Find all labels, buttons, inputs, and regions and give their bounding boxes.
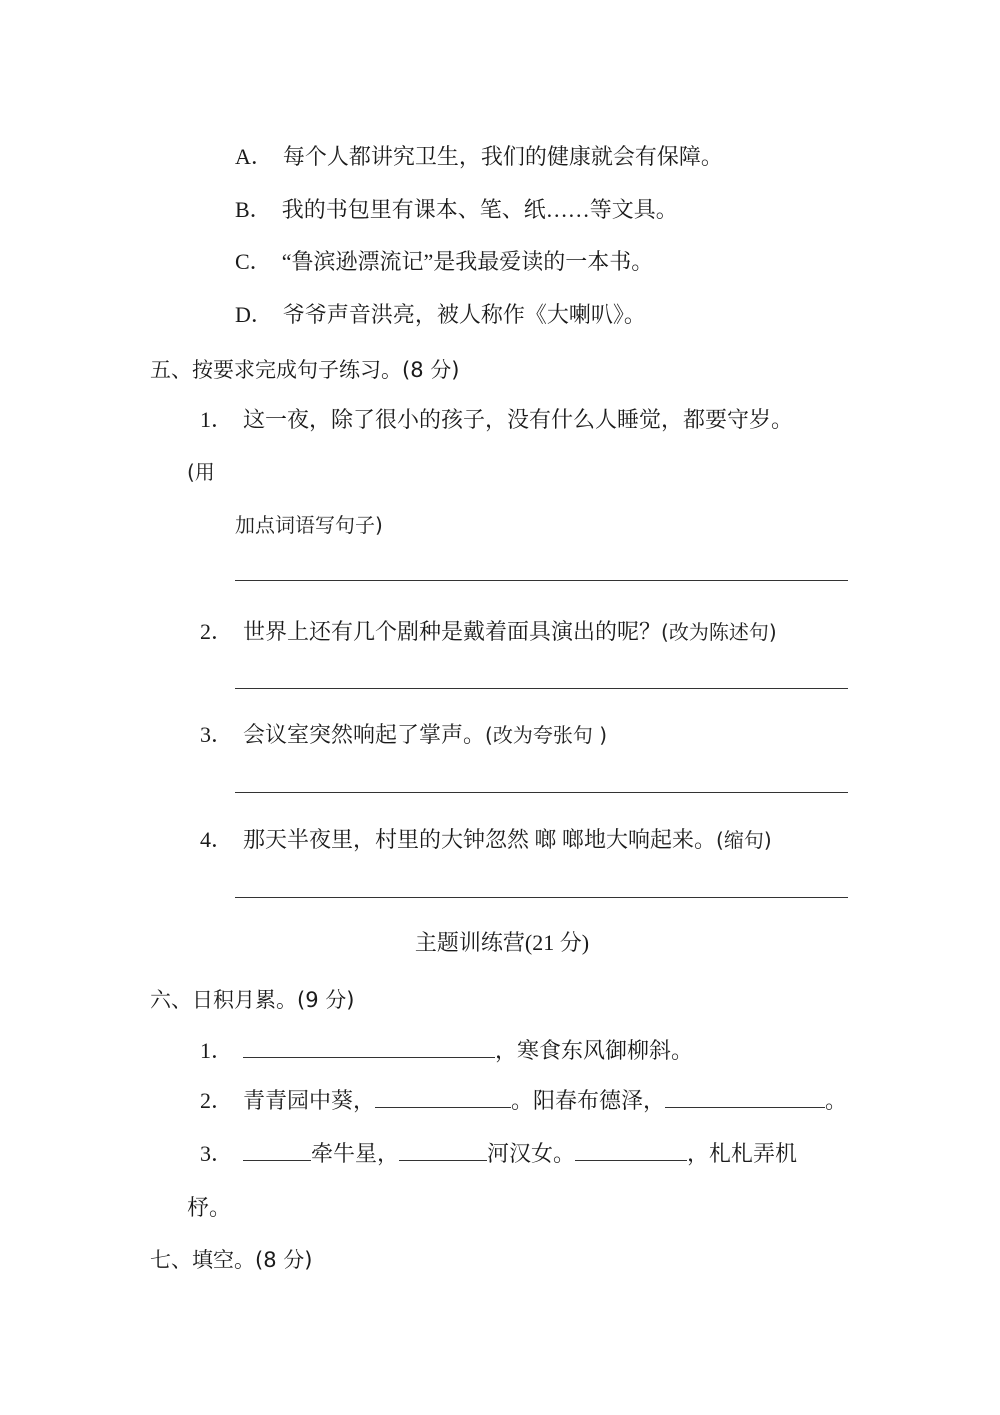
- answer-line-3[interactable]: [235, 792, 848, 793]
- item-number: 1．: [200, 405, 233, 435]
- option-c: C．“鲁滨逊漂流记”是我最爱读的一本书。: [235, 247, 653, 277]
- option-d: D．爷爷声音洪亮，被人称作《大喇叭》。: [235, 300, 646, 330]
- item-text: 青青园中葵，: [243, 1088, 375, 1113]
- option-text: “鲁滨逊漂流记”是我最爱读的一本书。: [282, 249, 654, 274]
- item-text: 这一夜，除了很小的孩子，没有什么人睡觉，都要守岁。: [243, 407, 793, 432]
- answer-line-1[interactable]: [235, 580, 848, 581]
- item-text: 。阳春布德泽，: [511, 1088, 665, 1113]
- option-label: D．: [235, 300, 273, 330]
- item-hint: (改为夸张句 ): [485, 723, 607, 747]
- item-number: 3．: [200, 1139, 233, 1169]
- option-label: C．: [235, 247, 272, 277]
- option-text: 我的书包里有课本、笔、纸……等文具。: [282, 197, 678, 222]
- fill-blank[interactable]: [399, 1138, 487, 1161]
- item-number: 2．: [200, 617, 233, 647]
- item-number: 2．: [200, 1086, 233, 1116]
- option-label: A．: [235, 142, 273, 172]
- item-number: 3．: [200, 720, 233, 750]
- fill-blank[interactable]: [575, 1138, 687, 1161]
- s5-item1-hint-part2: 加点词语写句子): [235, 510, 383, 540]
- item-number: 1．: [200, 1036, 233, 1066]
- theme-camp-title: 主题训练营(21 分): [0, 928, 1000, 958]
- item-text: 河汉女。: [487, 1141, 575, 1166]
- fill-blank[interactable]: [243, 1035, 495, 1058]
- item-hint: (改为陈述句): [661, 620, 777, 644]
- item-number: 4．: [200, 825, 233, 855]
- item-text: 。: [825, 1088, 847, 1113]
- s6-item3-continuation: 杼。: [187, 1193, 231, 1223]
- s5-item4: 4．那天半夜里，村里的大钟忽然 啷 啷地大响起来。(缩句): [200, 825, 772, 855]
- item-text: ，寒食东风御柳斜。: [495, 1038, 693, 1063]
- s5-item1-hint-part1: (用: [187, 457, 215, 487]
- option-a: A．每个人都讲究卫生，我们的健康就会有保障。: [235, 142, 723, 172]
- s5-item3: 3．会议室突然响起了掌声。(改为夸张句 ): [200, 720, 607, 750]
- item-text: 世界上还有几个剧种是戴着面具演出的呢？: [243, 619, 661, 644]
- section6-title: 六、日积月累。(9 分): [150, 985, 354, 1015]
- item-hint: (缩句): [716, 828, 772, 852]
- item-text: 牵牛星，: [311, 1141, 399, 1166]
- option-text: 每个人都讲究卫生，我们的健康就会有保障。: [283, 144, 723, 169]
- fill-blank[interactable]: [243, 1138, 311, 1161]
- item-text: 那天半夜里，村里的大钟忽然 啷 啷地大响起来。: [243, 827, 716, 852]
- item-text: 会议室突然响起了掌声。: [243, 722, 485, 747]
- s6-item1: 1．，寒食东风御柳斜。: [200, 1035, 693, 1066]
- s5-item2: 2．世界上还有几个剧种是戴着面具演出的呢？(改为陈述句): [200, 617, 777, 647]
- option-text: 爷爷声音洪亮，被人称作《大喇叭》。: [283, 302, 646, 327]
- fill-blank[interactable]: [375, 1085, 511, 1108]
- answer-line-4[interactable]: [235, 897, 848, 898]
- s6-item3: 3．牵牛星，河汉女。，札札弄机: [200, 1138, 797, 1169]
- section7-title: 七、填空。(8 分): [150, 1245, 312, 1275]
- item-text: ，札札弄机: [687, 1141, 797, 1166]
- s5-item1: 1．这一夜，除了很小的孩子，没有什么人睡觉，都要守岁。: [200, 405, 793, 435]
- option-label: B．: [235, 195, 272, 225]
- section5-title: 五、按要求完成句子练习。(8 分): [150, 355, 459, 385]
- option-b: B．我的书包里有课本、笔、纸……等文具。: [235, 195, 678, 225]
- s6-item2: 2．青青园中葵，。阳春布德泽，。: [200, 1085, 847, 1116]
- answer-line-2[interactable]: [235, 688, 848, 689]
- fill-blank[interactable]: [665, 1085, 825, 1108]
